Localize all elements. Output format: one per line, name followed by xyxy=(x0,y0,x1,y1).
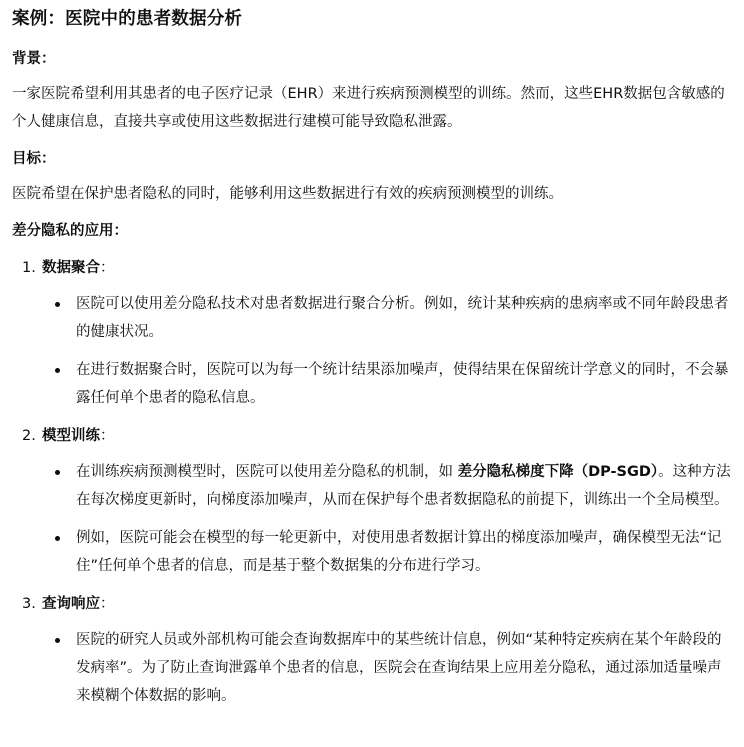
document: 案例：医院中的患者数据分析 背景： 一家医院希望利用其患者的电子医疗记录（EHR… xyxy=(0,0,744,710)
application-title: 数据聚合 xyxy=(42,260,100,276)
background-paragraph: 一家医院希望利用其患者的电子医疗记录（EHR）来进行疾病预测模型的训练。然而，这… xyxy=(12,80,732,136)
page-title: 案例：医院中的患者数据分析 xyxy=(12,2,732,36)
applications-heading: 差分隐私的应用： xyxy=(12,217,732,245)
applications-list: 1. 数据聚合： 医院可以使用差分隐私技术对患者数据进行聚合分析。例如，统计某种… xyxy=(12,254,732,710)
goal-heading: 目标： xyxy=(12,145,732,173)
application-item-query-response: 3. 查询响应： 医院的研究人员或外部机构可能会查询数据库中的某些统计信息，例如… xyxy=(42,590,732,710)
bullet-text: 在训练疾病预测模型时，医院可以使用差分隐私的机制，如 xyxy=(76,464,458,480)
list-number: 1. xyxy=(22,254,36,282)
application-title: 查询响应 xyxy=(42,596,100,612)
bullet-list: 医院可以使用差分隐私技术对患者数据进行聚合分析。例如，统计某种疾病的患病率或不同… xyxy=(42,290,732,412)
background-heading: 背景： xyxy=(12,45,732,73)
application-item-data-aggregation: 1. 数据聚合： 医院可以使用差分隐私技术对患者数据进行聚合分析。例如，统计某种… xyxy=(42,254,732,412)
application-colon: ： xyxy=(100,428,115,444)
goal-paragraph: 医院希望在保护患者隐私的同时，能够利用这些数据进行有效的疾病预测模型的训练。 xyxy=(12,180,732,208)
application-item-model-training: 2. 模型训练： 在训练疾病预测模型时，医院可以使用差分隐私的机制，如 差分隐私… xyxy=(42,422,732,580)
list-number: 3. xyxy=(22,590,36,618)
bullet-item: 在进行数据聚合时，医院可以为每一个统计结果添加噪声，使得结果在保留统计学意义的同… xyxy=(76,356,732,412)
bullet-list: 医院的研究人员或外部机构可能会查询数据库中的某些统计信息，例如“某种特定疾病在某… xyxy=(42,626,732,710)
application-colon: ： xyxy=(100,260,115,276)
application-colon: ： xyxy=(100,596,115,612)
application-title: 模型训练 xyxy=(42,428,100,444)
bullet-item: 医院的研究人员或外部机构可能会查询数据库中的某些统计信息，例如“某种特定疾病在某… xyxy=(76,626,732,710)
bullet-item: 例如，医院可能会在模型的每一轮更新中，对使用患者数据计算出的梯度添加噪声，确保模… xyxy=(76,524,732,580)
dp-sgd-emphasis: 差分隐私梯度下降（DP-SGD） xyxy=(458,464,659,480)
bullet-item: 医院可以使用差分隐私技术对患者数据进行聚合分析。例如，统计某种疾病的患病率或不同… xyxy=(76,290,732,346)
list-number: 2. xyxy=(22,422,36,450)
bullet-list: 在训练疾病预测模型时，医院可以使用差分隐私的机制，如 差分隐私梯度下降（DP-S… xyxy=(42,458,732,580)
bullet-item: 在训练疾病预测模型时，医院可以使用差分隐私的机制，如 差分隐私梯度下降（DP-S… xyxy=(76,458,732,514)
